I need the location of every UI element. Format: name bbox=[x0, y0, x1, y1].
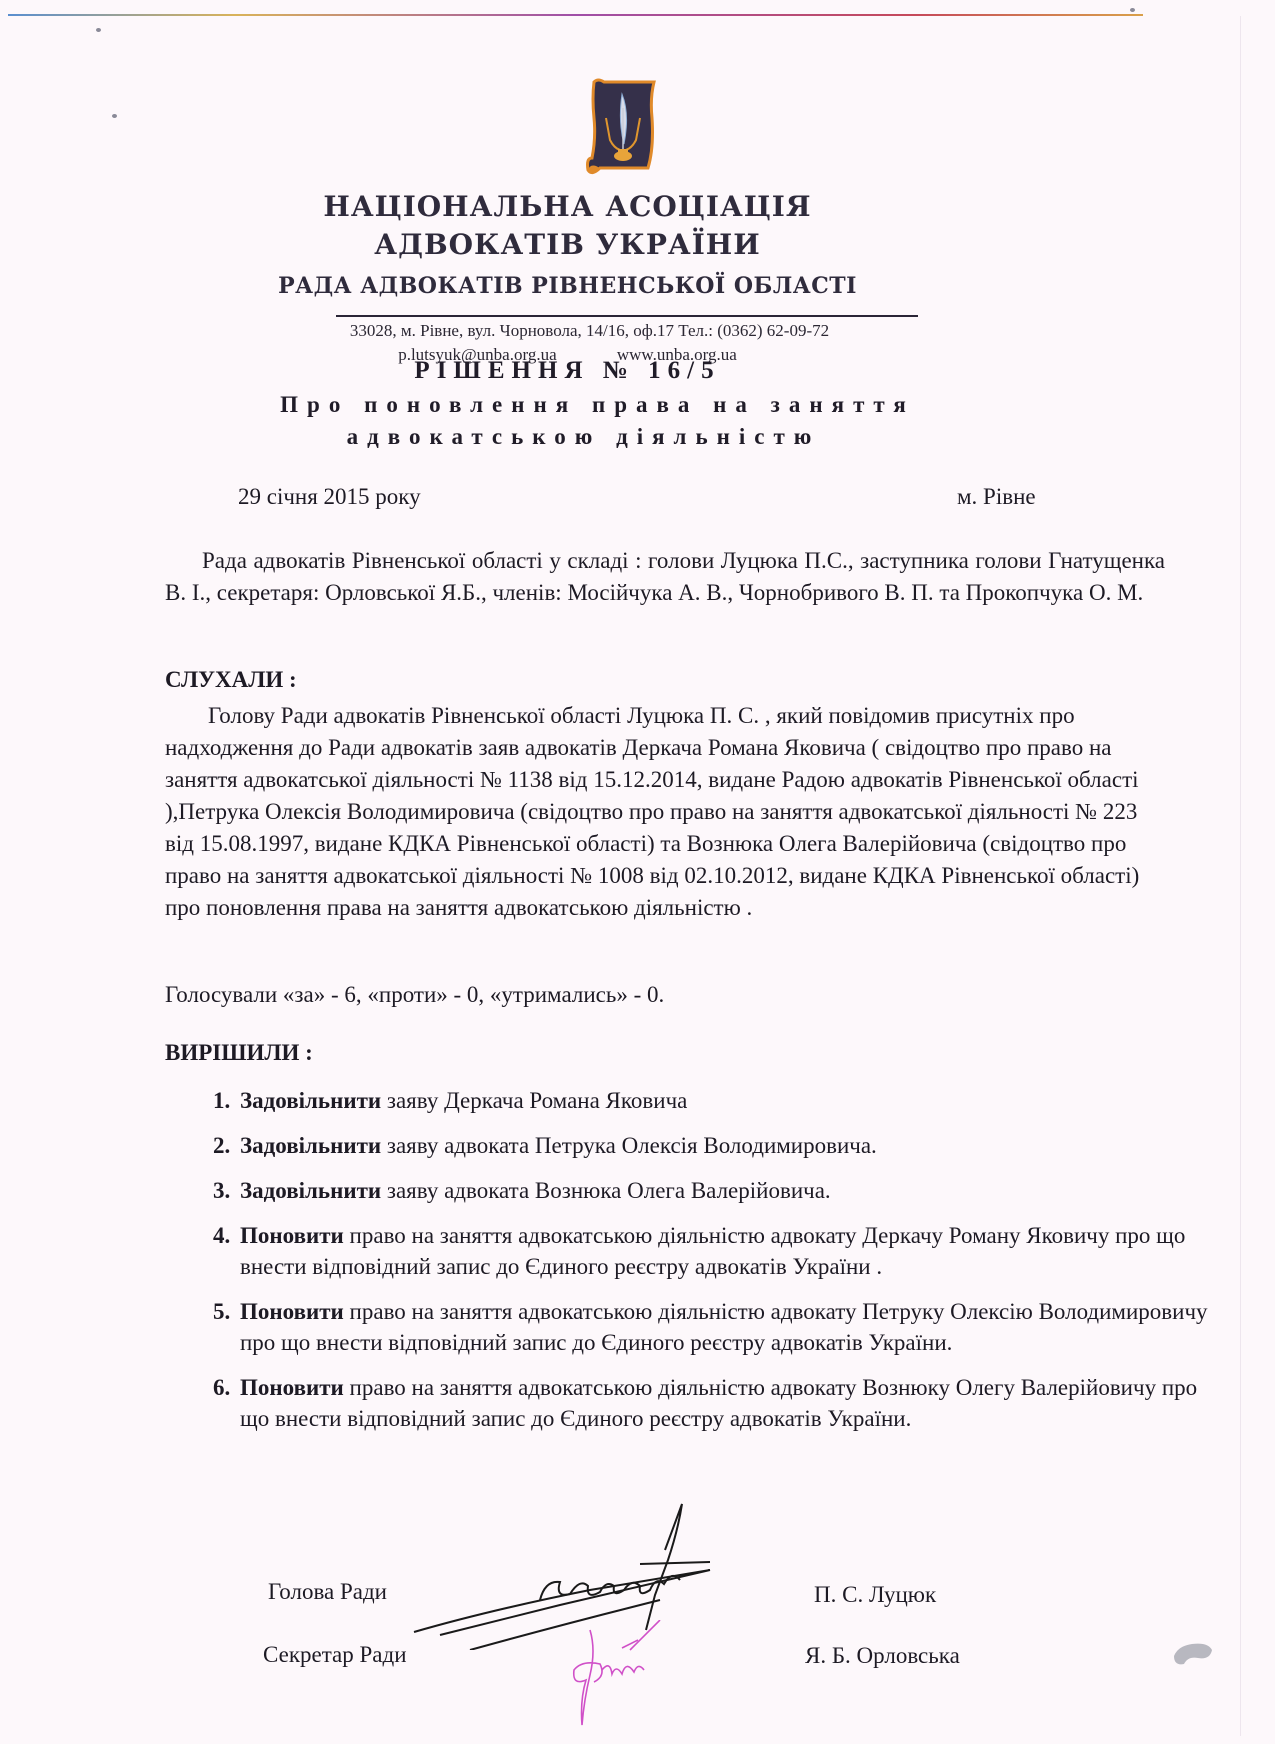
decisions-list: Задовільнити заяву Деркача Романа Якович… bbox=[165, 1085, 1226, 1448]
list-item: Задовільнити заяву адвоката Вознюка Олег… bbox=[236, 1175, 1226, 1206]
secretary-signature-icon bbox=[560, 1620, 670, 1730]
scan-edge bbox=[8, 14, 1143, 16]
scan-speck bbox=[112, 114, 117, 118]
list-item: Поновити право на заняття адвокатською д… bbox=[236, 1296, 1226, 1358]
decision-subject-line1: Про поновлення права на заняття bbox=[30, 392, 1165, 418]
decided-heading: ВИРІШИЛИ : bbox=[165, 1040, 313, 1066]
heard-heading: СЛУХАЛИ : bbox=[165, 667, 297, 693]
list-item: Задовільнити заяву Деркача Романа Якович… bbox=[236, 1085, 1226, 1116]
council-composition: Рада адвокатів Рівненської області у скл… bbox=[165, 545, 1165, 609]
scan-edge bbox=[1240, 16, 1241, 1736]
decision-city: м. Рівне bbox=[957, 484, 1036, 510]
chair-label: Голова Ради bbox=[268, 1579, 387, 1605]
decision-subject-line2: адвокатською діяльністю bbox=[16, 424, 1151, 450]
chair-name: П. С. Луцюк bbox=[814, 1582, 936, 1608]
quill-trident-scroll-icon bbox=[580, 78, 660, 178]
org-name-line1: НАЦІОНАЛЬНА АСОЦІАЦІЯ bbox=[0, 190, 1135, 223]
letterhead-divider bbox=[336, 315, 918, 317]
heard-text: Голову Ради адвокатів Рівненської област… bbox=[165, 700, 1165, 924]
council-name: РАДА АДВОКАТІВ РІВНЕНСЬКОЇ ОБЛАСТІ bbox=[0, 273, 1135, 299]
vote-result: Голосували «за» - 6, «проти» - 0, «утрим… bbox=[165, 982, 664, 1008]
list-item: Поновити право на заняття адвокатською д… bbox=[236, 1220, 1226, 1282]
scan-smudge bbox=[1170, 1640, 1214, 1668]
scan-speck bbox=[1130, 8, 1135, 12]
secretary-name: Я. Б. Орловська bbox=[805, 1643, 960, 1669]
decision-date: 29 січня 2015 року bbox=[238, 484, 421, 510]
scan-speck bbox=[96, 28, 101, 32]
org-name-line2: АДВОКАТІВ УКРАЇНИ bbox=[0, 228, 1135, 261]
decision-title: РІШЕННЯ № 16/5 bbox=[0, 357, 1135, 385]
list-item: Задовільнити заяву адвоката Петрука Олек… bbox=[236, 1130, 1226, 1161]
address-line: 33028, м. Рівне, вул. Чорновола, 14/16, … bbox=[22, 321, 1157, 341]
secretary-label: Секретар Ради bbox=[263, 1642, 407, 1668]
list-item: Поновити право на заняття адвокатською д… bbox=[236, 1372, 1226, 1434]
